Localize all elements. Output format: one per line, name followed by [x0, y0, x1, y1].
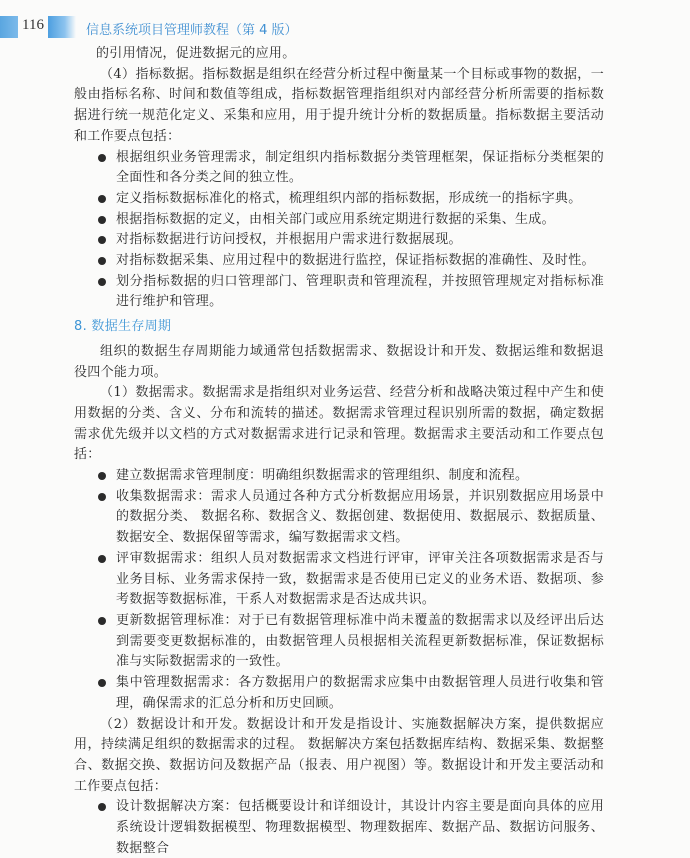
list-item: 集中管理数据需求：各方数据用户的数据需求应集中由数据管理人员进行收集和管理，确保… [98, 673, 604, 714]
header-accent-bar-left [0, 16, 18, 38]
list-item: 根据组织业务管理需求，制定组织内指标数据分类管理框架，保证指标分类框架的全面性和… [98, 148, 604, 189]
list-item: 更新数据管理标准：对于已有数据管理标准中尚未覆盖的数据需求以及经评出后达到需要变… [98, 611, 604, 673]
list-item: 对指标数据采集、应用过程中的数据进行监控，保证指标数据的准确性、及时性。 [98, 251, 604, 272]
indicator-data-bullet-list: 根据组织业务管理需求，制定组织内指标数据分类管理框架，保证指标分类框架的全面性和… [74, 148, 604, 314]
bullet-dot-icon [98, 493, 106, 501]
data-requirements-bullet-list: 建立数据需求管理制度：明确组织数据需求的管理组织、制度和流程。 收集数据需求：需… [74, 466, 604, 714]
bullet-dot-icon [98, 803, 106, 811]
bullet-dot-icon [98, 679, 106, 687]
list-item: 根据指标数据的定义，由相关部门或应用系统定期进行数据的采集、生成。 [98, 210, 604, 231]
page-body: 的引用情况，促进数据元的应用。 （4）指标数据。指标数据是组织在经营分析过程中衡… [74, 44, 604, 858]
data-design-bullet-list: 设计数据解决方案：包括概要设计和详细设计，其设计内容主要是面向具体的应用系统设计… [74, 797, 604, 858]
bullet-dot-icon [98, 555, 106, 563]
list-item: 对指标数据进行访问授权，并根据用户需求进行数据展现。 [98, 230, 604, 251]
bullet-dot-icon [98, 154, 106, 162]
bullet-dot-icon [98, 617, 106, 625]
book-title: 信息系统项目管理师教程（第 4 版） [86, 19, 298, 38]
paragraph-data-design: （2）数据设计和开发。数据设计和开发是指设计、实施数据解决方案，提供数据应用，持… [74, 715, 604, 798]
page-header: 116 信息系统项目管理师教程（第 4 版） [0, 16, 690, 40]
continued-line: 的引用情况，促进数据元的应用。 [96, 44, 604, 65]
bullet-dot-icon [98, 278, 106, 286]
page-number: 116 [22, 17, 44, 34]
list-item: 划分指标数据的归口管理部门、管理职责和管理流程，并按照管理规定对指标标准进行维护… [98, 272, 604, 313]
paragraph-indicator-data: （4）指标数据。指标数据是组织在经营分析过程中衡量某一个目标或事物的数据，一般由… [74, 65, 604, 148]
bullet-dot-icon [98, 195, 106, 203]
bullet-dot-icon [98, 257, 106, 265]
list-item: 建立数据需求管理制度：明确组织数据需求的管理组织、制度和流程。 [98, 466, 604, 487]
list-item: 收集数据需求：需求人员通过各种方式分析数据应用场景，并识别数据应用场景中的数据分… [98, 487, 604, 549]
header-accent-bar-gradient [48, 16, 76, 38]
list-item: 评审数据需求：组织人员对数据需求文档进行评审，评审关注各项数据需求是否与业务目标… [98, 549, 604, 611]
bullet-dot-icon [98, 236, 106, 244]
section-intro: 组织的数据生存周期能力域通常包括数据需求、数据设计和开发、数据运维和数据退役四个… [74, 342, 604, 383]
paragraph-data-requirements: （1）数据需求。数据需求是指组织对业务运营、经营分析和战略决策过程中产生和使用数… [74, 383, 604, 466]
list-item: 设计数据解决方案：包括概要设计和详细设计，其设计内容主要是面向具体的应用系统设计… [98, 797, 604, 858]
bullet-dot-icon [98, 472, 106, 480]
section-heading: 8. 数据生存周期 [74, 317, 604, 338]
list-item: 定义指标数据标准化的格式，梳理组织内部的指标数据，形成统一的指标字典。 [98, 189, 604, 210]
bullet-dot-icon [98, 216, 106, 224]
